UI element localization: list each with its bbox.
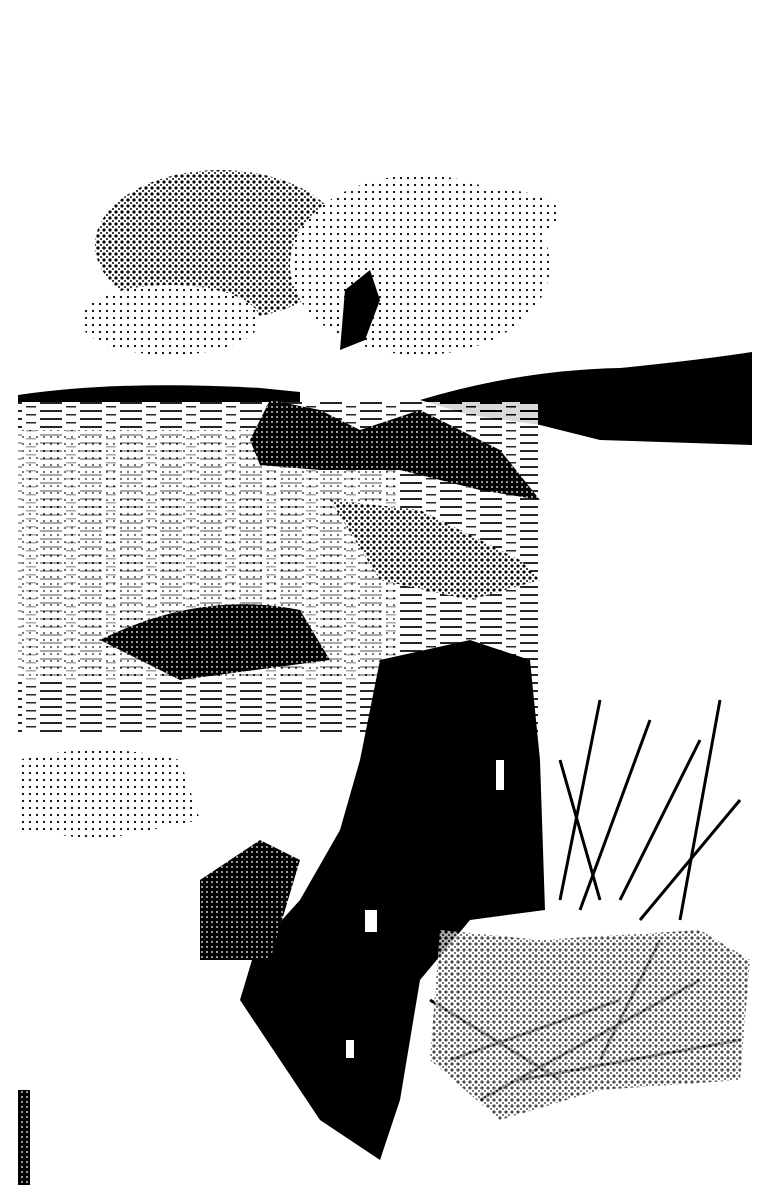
shoreline-photograph (0, 0, 776, 1200)
sand (18, 750, 200, 1185)
grass-clump (430, 930, 750, 1120)
sky (80, 170, 560, 355)
